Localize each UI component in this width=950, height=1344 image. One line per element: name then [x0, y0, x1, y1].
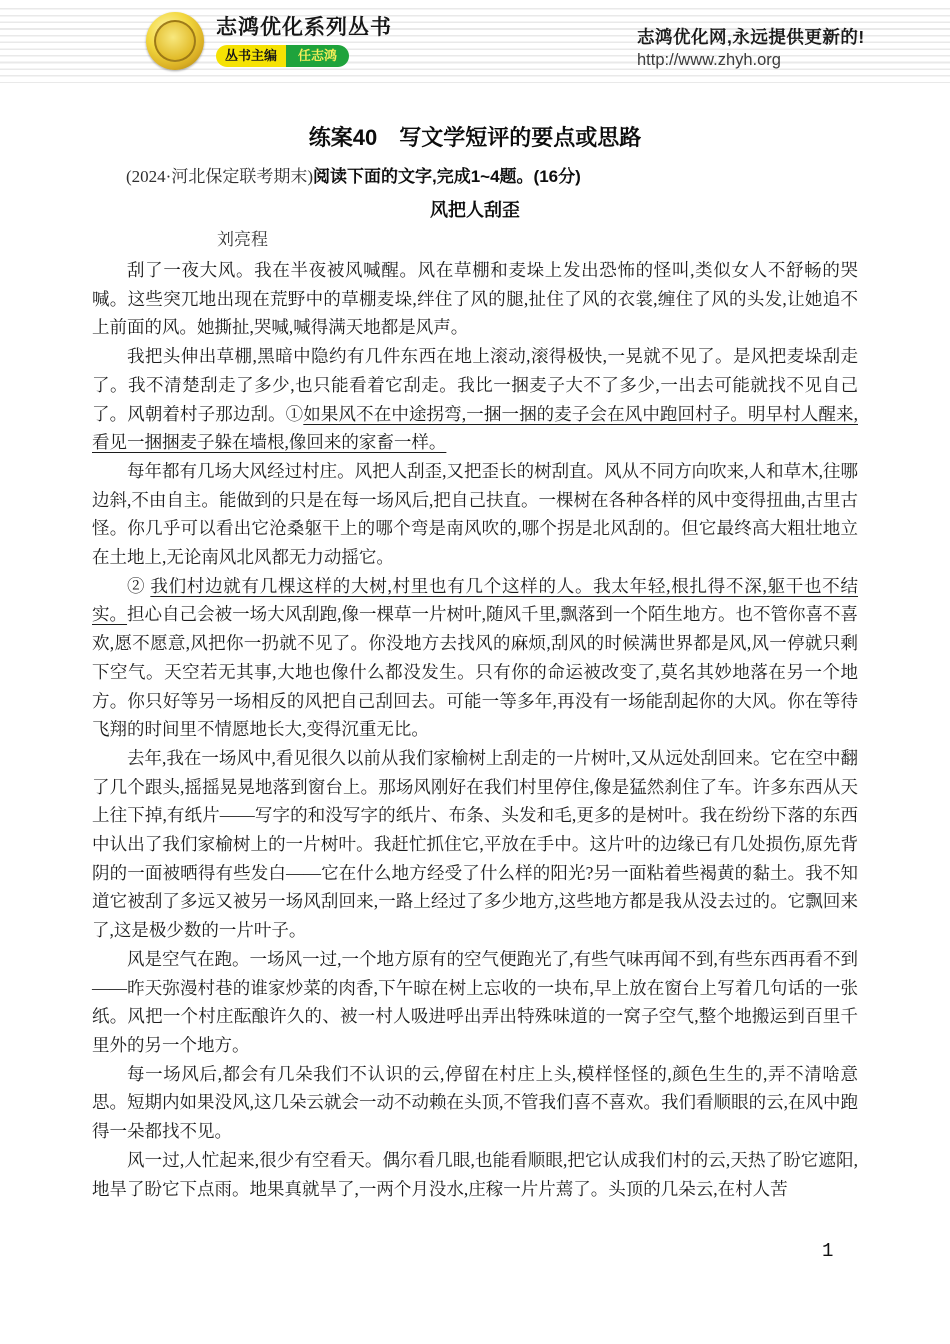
editor-badge: 丛书主编 任志鸿 [216, 45, 349, 67]
worksheet-page: 志鸿优化系列丛书 丛书主编 任志鸿 志鸿优化网,永远提供更新的! http://… [0, 0, 950, 1344]
passage-text: 每一场风后,都会有几朵我们不认识的云,停留在村庄上头,模样怪怪的,颜色生生的,弄… [92, 1064, 858, 1141]
passage-text: 担心自己会被一场大风刮跑,像一棵草一片树叶,随风千里,飘落到一个陌生地方。也不管… [92, 604, 858, 739]
essay-paragraph: 风一过,人忙起来,很少有空看天。偶尔看几眼,也能看顺眼,把它认成我们村的云,天热… [92, 1146, 858, 1203]
series-title: 志鸿优化系列丛书 [216, 15, 392, 41]
essay-paragraph: 刮了一夜大风。我在半夜被风喊醒。风在草棚和麦垛上发出恐怖的怪叫,类似女人不舒畅的… [92, 256, 858, 342]
badge-name: 任志鸿 [286, 45, 349, 67]
page-number: 1 [822, 1240, 833, 1262]
passage-text: 每年都有几场大风经过村庄。风把人刮歪,又把歪长的树刮直。风从不同方向吹来,人和草… [92, 461, 858, 567]
essay-paragraph: 风是空气在跑。一场风一过,一个地方原有的空气便跑光了,有些气味再闻不到,有些东西… [92, 945, 858, 1060]
page-title: 练案40 写文学短评的要点或思路 [92, 123, 858, 153]
essay-title: 风把人刮歪 [92, 198, 858, 223]
passage-text: 风一过,人忙起来,很少有空看天。偶尔看几眼,也能看顺眼,把它认成我们村的云,天热… [92, 1150, 858, 1199]
exam-source: (2024·河北保定联考期末) [126, 167, 313, 186]
site-info: 志鸿优化网,永远提供更新的! http://www.zhyh.org [637, 26, 865, 72]
exam-instruction: 阅读下面的文字,完成1~4题。(16分) [313, 167, 581, 186]
passage-text: 风是空气在跑。一场风一过,一个地方原有的空气便跑光了,有些气味再闻不到,有些东西… [92, 949, 858, 1055]
essay-body: 刮了一夜大风。我在半夜被风喊醒。风在草棚和麦垛上发出恐怖的怪叫,类似女人不舒畅的… [92, 256, 858, 1203]
site-slogan: 志鸿优化网,永远提供更新的! [637, 26, 865, 49]
page-header: 志鸿优化系列丛书 丛书主编 任志鸿 志鸿优化网,永远提供更新的! http://… [0, 0, 950, 96]
passage-text: 刮了一夜大风。我在半夜被风喊醒。风在草棚和麦垛上发出恐怖的怪叫,类似女人不舒畅的… [92, 260, 858, 337]
badge-label: 丛书主编 [216, 45, 286, 67]
site-url: http://www.zhyh.org [637, 49, 865, 72]
essay-paragraph: 我把头伸出草棚,黑暗中隐约有几件东西在地上滚动,滚得极快,一晃就不见了。是风把麦… [92, 342, 858, 457]
document-body: 练案40 写文学短评的要点或思路 (2024·河北保定联考期末)阅读下面的文字,… [0, 123, 950, 1203]
publisher-brand: 志鸿优化系列丛书 丛书主编 任志鸿 [146, 12, 392, 70]
essay-paragraph: ② 我们村边就有几棵这样的大树,村里也有几个这样的人。我太年轻,根扎得不深,躯干… [92, 572, 858, 744]
essay-paragraph: 每年都有几场大风经过村庄。风把人刮歪,又把歪长的树刮直。风从不同方向吹来,人和草… [92, 457, 858, 572]
essay-paragraph: 每一场风后,都会有几朵我们不认识的云,停留在村庄上头,模样怪怪的,颜色生生的,弄… [92, 1060, 858, 1146]
passage-text: ② [127, 576, 150, 596]
passage-text: 去年,我在一场风中,看见很久以前从我们家榆树上刮走的一片树叶,又从远处刮回来。它… [92, 748, 858, 940]
medal-ring-icon [154, 20, 196, 62]
essay-paragraph: 去年,我在一场风中,看见很久以前从我们家榆树上刮走的一片树叶,又从远处刮回来。它… [92, 744, 858, 945]
essay-author: 刘亮程 [217, 228, 858, 252]
publisher-medal-icon [146, 12, 204, 70]
exam-intro-line: (2024·河北保定联考期末)阅读下面的文字,完成1~4题。(16分) [92, 165, 858, 189]
brand-text: 志鸿优化系列丛书 丛书主编 任志鸿 [216, 15, 392, 67]
